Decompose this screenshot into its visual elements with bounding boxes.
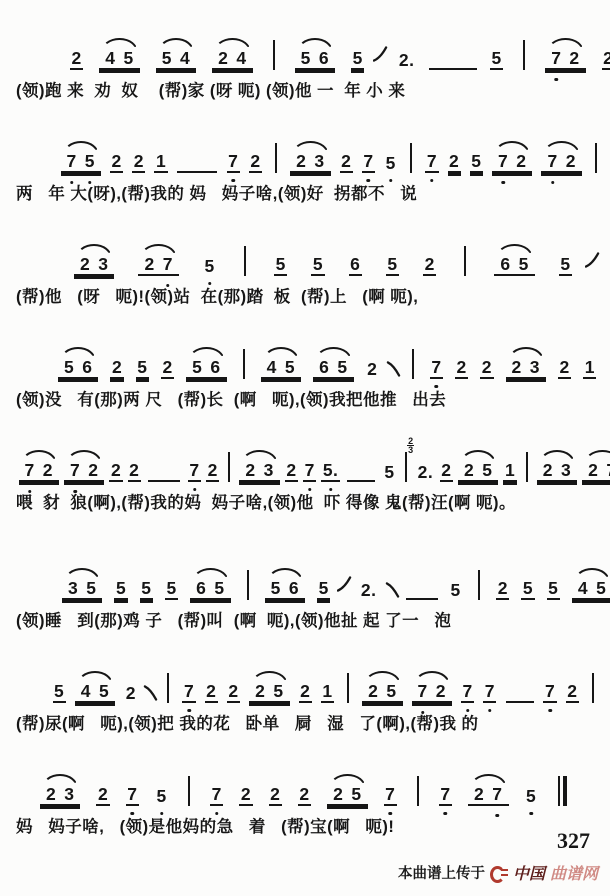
note-digit: 3	[262, 461, 275, 480]
note-digit: 2	[217, 49, 230, 68]
note: 5	[517, 255, 530, 274]
lyrics-line: (帮)尿(啊 呃),(领)把 我的花 卧单 屙 湿 了(啊),(帮)我 的	[16, 714, 594, 735]
note: 3	[528, 358, 541, 377]
octave-dot	[329, 488, 333, 492]
notes-row: 35555655652.52554556	[56, 550, 594, 600]
barline	[228, 452, 230, 482]
extension-line	[406, 598, 438, 600]
score-line: 7522172232757257272两 年 大(呀),(帮)我的 妈 妈子啥,…	[16, 123, 594, 205]
note-digit: 5	[299, 49, 312, 68]
score-line: 7272227223275.5232.225123275喂 豺 狼(啊),(帮)…	[16, 432, 594, 514]
note: 2	[473, 785, 486, 804]
octave-dot	[389, 179, 393, 183]
note-digit: 5	[283, 358, 296, 377]
note-digit: 7	[210, 785, 223, 806]
note: 2	[249, 152, 262, 173]
note: 2	[244, 461, 257, 480]
note-digit: 1	[154, 152, 167, 173]
note: 3	[559, 461, 572, 480]
barline	[523, 40, 525, 70]
note-digit: 2	[568, 49, 581, 68]
note-digit: 6	[287, 579, 300, 598]
note-digit: 2	[423, 255, 436, 276]
octave-dot	[193, 488, 197, 492]
note-digit: 2	[566, 682, 579, 703]
note-digit: 7	[497, 152, 510, 171]
note: 2	[299, 682, 312, 703]
note: 2	[110, 358, 123, 379]
lyrics-line: (领)没 有(那)两 尺 (帮)长 (啊 呃),(领)我把他推 出去	[16, 390, 594, 411]
note: 5	[299, 49, 312, 68]
note-digit: 2	[480, 358, 493, 379]
note-digit: 1	[321, 682, 334, 703]
note: 5	[350, 785, 363, 804]
note-digit: 5.	[321, 461, 340, 482]
octave-dot	[367, 179, 371, 183]
note-digit: 2	[70, 49, 83, 70]
note: 5	[547, 579, 560, 600]
slur-group: 56	[295, 38, 335, 70]
note-digit: 2	[366, 360, 379, 379]
note: 1	[583, 358, 596, 379]
note-digit: 2	[496, 579, 509, 600]
note-digit: 5	[481, 461, 494, 480]
score-page: 24554245652.572272(领)跑 来 劝 奴 (帮)家 (呀 呃) …	[0, 0, 610, 896]
note-digit: 5	[140, 579, 153, 600]
note-digit: 2	[110, 152, 123, 173]
note-digit: 5	[274, 255, 287, 276]
barline	[417, 776, 419, 806]
note: 2	[602, 49, 610, 70]
note: 2	[566, 682, 579, 703]
note-digit: 5	[53, 682, 66, 703]
notes-row: 7522172232757257272	[56, 123, 594, 173]
note-digit: 7	[227, 152, 240, 173]
note-digit: 4	[104, 49, 117, 68]
note: 2	[510, 358, 523, 377]
note-digit: 2	[295, 152, 308, 171]
note-digit: 7	[546, 152, 559, 171]
note: 2	[124, 684, 137, 703]
octave-dot	[308, 488, 312, 492]
note-digit: 1	[503, 461, 516, 482]
note-digit: 2.	[416, 463, 435, 482]
slur-group: 25	[249, 671, 289, 703]
note: 2	[515, 152, 528, 171]
note-digit: 5	[136, 358, 149, 379]
octave-dot	[160, 812, 164, 816]
time-signature: 23	[407, 437, 414, 454]
note-digit: 5	[525, 787, 538, 806]
note-digit: 2	[332, 785, 345, 804]
note-digit: 2	[558, 358, 571, 379]
note: 1	[154, 152, 167, 173]
note: 7	[550, 49, 563, 68]
note: 6	[287, 579, 300, 598]
note-digit: 2	[110, 358, 123, 379]
note: 2	[110, 152, 123, 173]
note: 7	[68, 461, 81, 480]
octave-dot	[215, 812, 219, 816]
slur-group: 72	[412, 671, 452, 703]
note-digit: 7	[303, 461, 316, 482]
octave-dot	[444, 812, 448, 816]
note: 2	[70, 49, 83, 70]
note: 2	[340, 152, 353, 173]
note-digit: 2	[510, 358, 523, 377]
score-line: 2327572222577275妈 妈子啥, (领)是他妈的急 着 (帮)宝(啊…	[16, 756, 594, 838]
note-digit: 5	[351, 49, 364, 70]
note-digit: 3	[528, 358, 541, 377]
note-digit: 4	[79, 682, 92, 701]
note-digit: 5	[83, 152, 96, 171]
notes-row: 7272227223275.5232.225123275	[16, 432, 594, 482]
lyrics-line: (领)睡 到(那)鸡 子 (帮)叫 (啊 呃),(领)他扯 起 了一 泡	[16, 611, 594, 632]
barline	[273, 40, 275, 70]
slur-group: 45	[261, 347, 301, 379]
note-digit: 5	[336, 358, 349, 377]
note-digit: 1	[583, 358, 596, 379]
note-digit: 2	[109, 461, 122, 482]
note-digit: 5	[547, 579, 560, 600]
note: 7	[362, 152, 375, 173]
note: 5	[97, 682, 110, 701]
note: 3	[67, 579, 80, 598]
note-digit: 2.	[397, 51, 416, 70]
barline	[347, 673, 349, 703]
note-digit: 7	[65, 152, 78, 171]
lyrics-line: 喂 豺 狼(啊),(帮)我的妈 妈子啥,(领)他 吓 得像 鬼(帮)汪(啊 呃)…	[16, 493, 594, 514]
note: 2	[564, 152, 577, 171]
note-digit: 7	[543, 682, 556, 703]
note-digit: 7	[439, 785, 452, 806]
note: 7	[126, 785, 139, 806]
note: 2	[434, 682, 447, 701]
note: 5	[213, 579, 226, 598]
slur-group: 35	[62, 568, 102, 600]
note-digit: 6	[195, 579, 208, 598]
slur-group: 72	[64, 450, 104, 482]
slur-group: 56	[58, 347, 98, 379]
note: 4	[104, 49, 117, 68]
note-digit: 7	[182, 682, 195, 703]
note: 2	[269, 785, 282, 806]
note-digit: 4	[178, 49, 191, 68]
note: 5	[160, 49, 173, 68]
note-digit: 6	[209, 358, 222, 377]
note: 7	[546, 152, 559, 171]
slur-group: 45	[572, 568, 610, 600]
note-digit: 5	[490, 49, 503, 70]
note-digit: 7	[384, 785, 397, 806]
slur-group: 25	[327, 774, 367, 806]
slur-group: 27	[468, 774, 508, 806]
note-digit: 3	[313, 152, 326, 171]
note: 7	[210, 785, 223, 806]
note: 2	[480, 358, 493, 379]
note-digit: 6	[317, 49, 330, 68]
note: 7	[461, 682, 474, 703]
note: 2	[128, 461, 141, 482]
note: 5.	[321, 461, 340, 482]
note: 5	[155, 787, 168, 806]
note-digit: 6	[499, 255, 512, 274]
note-digit: 2	[269, 785, 282, 806]
note-digit: 2	[285, 461, 298, 482]
logo-line-shape	[501, 869, 508, 871]
note-digit: 5	[160, 49, 173, 68]
slur-group: 54	[156, 38, 196, 70]
note-digit: 5	[449, 581, 462, 600]
note: 6	[318, 358, 331, 377]
barline	[464, 246, 466, 276]
note: 7	[439, 785, 452, 806]
note-digit: 2	[515, 152, 528, 171]
note-digit: 5	[559, 255, 572, 276]
octave-dot	[555, 78, 559, 82]
note: 5	[83, 152, 96, 171]
note-digit: 2	[440, 461, 453, 482]
note: 7	[303, 461, 316, 482]
note-digit: 2	[205, 682, 218, 703]
note: 5	[63, 358, 76, 377]
note: 6	[195, 579, 208, 598]
octave-dot	[208, 282, 212, 286]
slur-group: 65	[190, 568, 230, 600]
note-digit: 2	[41, 461, 54, 480]
slur-group: 45	[99, 38, 139, 70]
note-digit: 5	[383, 463, 396, 482]
notes-row: 5452722252125727772	[48, 653, 594, 703]
barline	[526, 452, 528, 482]
note: 7	[161, 255, 174, 274]
barline	[275, 143, 277, 173]
barline	[188, 776, 190, 806]
note: 2	[227, 682, 240, 703]
note-digit: 4	[576, 579, 589, 598]
slur-group: 25	[458, 450, 498, 482]
note-digit: 2	[79, 255, 92, 274]
note-digit: 7	[425, 152, 438, 173]
note-digit: 7	[483, 682, 496, 703]
note: 2	[541, 461, 554, 480]
slur-group: 56	[186, 347, 226, 379]
octave-dot	[435, 385, 439, 389]
slur-group: 56	[265, 568, 305, 600]
extension-line	[506, 701, 534, 703]
note-digit: 4	[265, 358, 278, 377]
note: 2	[206, 461, 219, 482]
note: 2	[367, 682, 380, 701]
note: 5	[351, 49, 364, 70]
note: 5	[85, 579, 98, 598]
note-digit: 6	[318, 358, 331, 377]
note: 5	[203, 257, 216, 276]
note-digit: 5	[203, 257, 216, 276]
note-digit: 5	[385, 682, 398, 701]
octave-dot	[28, 490, 32, 494]
note-digit: 5	[269, 579, 282, 598]
octave-dot	[70, 181, 74, 185]
score-line: 23275556526552(帮)他 (呀 呃)!(领)站 在(那)踏 板 (帮…	[16, 226, 594, 308]
note-digit: 6	[349, 255, 362, 276]
note-digit: 5	[191, 358, 204, 377]
note: 7	[491, 785, 504, 804]
note: 5	[136, 358, 149, 379]
glide-up-icon	[585, 251, 600, 269]
note-digit: 2	[298, 785, 311, 806]
note: 4	[265, 358, 278, 377]
note: 2	[79, 255, 92, 274]
note: 2	[568, 49, 581, 68]
note-digit: 6	[81, 358, 94, 377]
octave-dot	[232, 179, 236, 183]
note-digit: 5	[311, 255, 324, 276]
score-body: 24554245652.572272(领)跑 来 劝 奴 (帮)家 (呀 呃) …	[16, 20, 594, 838]
music-disc-icon	[490, 865, 508, 881]
note-digit: 5	[213, 579, 226, 598]
score-line: 24554245652.572272(领)跑 来 劝 奴 (帮)家 (呀 呃) …	[16, 20, 594, 102]
note: 6	[499, 255, 512, 274]
note-digit: 5	[97, 682, 110, 701]
slur-group: 23	[290, 141, 330, 173]
note: 2	[143, 255, 156, 274]
octave-dot	[551, 181, 555, 185]
slur-group: 27	[582, 450, 610, 482]
note: 2.	[359, 581, 378, 600]
barline	[558, 776, 567, 806]
octave-dot	[430, 179, 434, 183]
note: 5	[165, 579, 178, 600]
notes-row: 23275556526552	[62, 226, 594, 276]
note-digit: 3	[97, 255, 110, 274]
octave-dot	[548, 709, 552, 713]
note-digit: 2	[455, 358, 468, 379]
octave-dot	[73, 490, 77, 494]
note: 7	[227, 152, 240, 173]
note-digit: 7	[461, 682, 474, 703]
slur-group: 25	[362, 671, 402, 703]
note-digit: 5	[595, 579, 608, 598]
slur-group: 65	[494, 244, 534, 276]
note: 7	[182, 682, 195, 703]
note-digit: 7	[188, 461, 201, 482]
note: 5	[470, 152, 483, 173]
note-digit: 5	[63, 358, 76, 377]
barline	[595, 143, 597, 173]
octave-dot	[88, 181, 92, 185]
note: 2	[440, 461, 453, 482]
note-digit: 2	[206, 461, 219, 482]
slur-group: 65	[313, 347, 353, 379]
note-digit: 2	[473, 785, 486, 804]
note: 5	[525, 787, 538, 806]
octave-dot	[529, 812, 533, 816]
note: 2	[109, 461, 122, 482]
note-digit: 2	[132, 152, 145, 173]
note: 2	[132, 152, 145, 173]
note: 7	[425, 152, 438, 173]
slur-group: 23	[40, 774, 80, 806]
barline	[412, 349, 414, 379]
note: 3	[262, 461, 275, 480]
note-digit: 2	[143, 255, 156, 274]
note-digit: 2	[244, 461, 257, 480]
note-digit: 5	[272, 682, 285, 701]
note: 5	[385, 682, 398, 701]
note-digit: 7	[161, 255, 174, 274]
note: 5	[274, 255, 287, 276]
note: 2	[96, 785, 109, 806]
note-digit: 2	[541, 461, 554, 480]
note: 7	[188, 461, 201, 482]
note: 2	[217, 49, 230, 68]
note-digit: 5	[85, 579, 98, 598]
octave-dot	[166, 284, 170, 288]
note-digit: 5	[386, 255, 399, 276]
barline	[410, 143, 412, 173]
note: 5	[53, 682, 66, 703]
lyrics-line: 两 年 大(呀),(帮)我的 妈 妈子啥,(领)好 拐都不 说	[16, 184, 594, 205]
note-digit: 2	[96, 785, 109, 806]
note: 3	[97, 255, 110, 274]
glide-down-icon	[143, 684, 158, 702]
glide-up-icon	[373, 45, 388, 63]
barline	[478, 570, 480, 600]
note-digit: 4	[235, 49, 248, 68]
octave-dot	[501, 181, 505, 185]
note: 5	[122, 49, 135, 68]
note-digit: 7	[605, 461, 610, 480]
score-line: 5452722252125727772(帮)尿(啊 呃),(领)把 我的花 卧单…	[16, 653, 594, 735]
note: 2	[587, 461, 600, 480]
note: 2	[423, 255, 436, 276]
note: 2	[254, 682, 267, 701]
note: 5	[490, 49, 503, 70]
note: 2	[45, 785, 58, 804]
note-digit: 2	[602, 49, 610, 70]
note: 2	[161, 358, 174, 379]
note: 5	[521, 579, 534, 600]
notes-row: 2327572222577275	[32, 756, 594, 806]
note: 2	[366, 360, 379, 379]
note: 5	[559, 255, 572, 276]
barline	[243, 349, 245, 379]
score-line: 35555655652.52554556(领)睡 到(那)鸡 子 (帮)叫 (啊…	[16, 550, 594, 632]
note: 5	[384, 154, 397, 173]
time-signature-number: 3	[407, 446, 414, 454]
note: 4	[235, 49, 248, 68]
note: 7	[497, 152, 510, 171]
note-digit: 2	[564, 152, 577, 171]
note: 7	[416, 682, 429, 701]
note-digit: 2	[340, 152, 353, 173]
slur-group: 23	[74, 244, 114, 276]
note: 2	[558, 358, 571, 379]
slur-group: 24	[212, 38, 252, 70]
note: 6	[209, 358, 222, 377]
note: 7	[605, 461, 610, 480]
note: 7	[430, 358, 443, 379]
note-digit: 7	[362, 152, 375, 173]
lyrics-line: 妈 妈子啥, (领)是他妈的急 着 (帮)宝(啊 呃)!	[16, 817, 594, 838]
note-digit: 2	[239, 785, 252, 806]
octave-dot	[421, 711, 425, 715]
slur-group: 75	[61, 141, 101, 173]
note-digit: 2	[434, 682, 447, 701]
note-digit: 7	[23, 461, 36, 480]
slur-group: 45	[75, 671, 115, 703]
